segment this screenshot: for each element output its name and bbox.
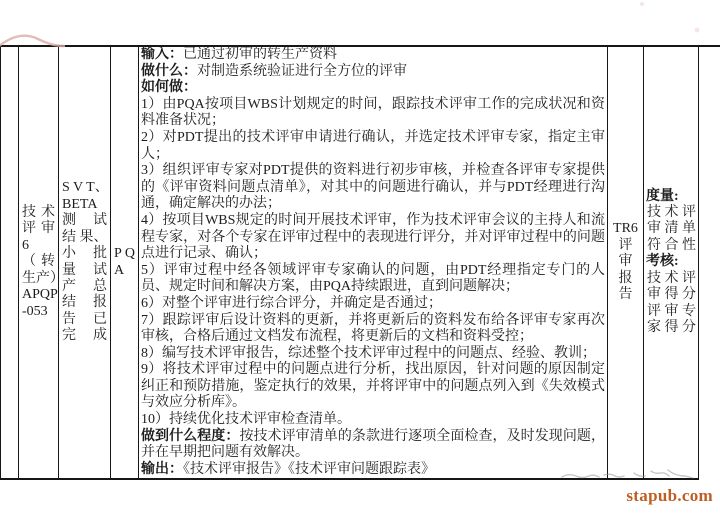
activity-paragraph: 10）持续优化技术评审检查清单。 (141, 412, 605, 429)
activity-paragraph: 7）跟踪评审后设计资料的更新，并将更新后的资料发布给各评审专家再次审核，合格后通… (141, 313, 605, 346)
paragraph-text: 10）持续优化技术评审检查清单。 (141, 412, 351, 427)
assessment-label: 考核: (644, 254, 698, 270)
activity-paragraph: 做到什么程度：按技术评审清单的条款进行逐项全面检查，及时发现问题，并在早期把问题… (141, 429, 605, 462)
activity-paragraph: 9）将技术评审过程中的问题点进行分析，找出原因，针对问题的原因制定纠正和预防措施… (141, 362, 605, 412)
activity-paragraph: 输入：已通过初审的转生产资料 (141, 47, 605, 64)
text-line: 技 术 评 (644, 271, 698, 287)
text-line: TR6 (608, 221, 643, 237)
ink-dot (640, 2, 644, 6)
paragraph-text: 4）按项目WBS规定的时间开展技术评审，作为技术评审会议的主持人和流程专家，对各… (141, 213, 605, 261)
activity-paragraph: 8）编写技术评审报告，综述整个技术评审过程中的问题点、经验、教训； (141, 346, 605, 363)
column-activity-details: 输入：已通过初审的转生产资料做什么：对制造系统验证进行全方位的评审如何做：1）由… (139, 46, 606, 479)
text-line: 产 总 (59, 279, 110, 295)
metric-label: 度量: (644, 189, 698, 205)
text-line: -053 (19, 304, 58, 320)
activity-paragraph: 6）对整个评审进行综合评分，并确定是否通过； (141, 296, 605, 313)
text-line: P Q (111, 246, 138, 262)
text-line: 评 审 专 (644, 304, 698, 320)
column-review-id: 技 术评 审6（转生产）APQP-053 (19, 47, 58, 478)
text-line: S V T、 (59, 180, 110, 196)
activity-paragraph: 3）组织评审专家对PDT提供的资料进行初步审核，并检查各评审专家提供的《评审资料… (141, 163, 605, 213)
activity-paragraph: 2）对PDT提出的技术评审申请进行确认，并选定技术评审专家，指定主审人； (141, 130, 605, 163)
activity-paragraph: 4）按项目WBS规定的时间开展技术评审，作为技术评审会议的主持人和流程专家，对各… (141, 213, 605, 263)
text-line: 测 试 (59, 213, 110, 229)
paragraph-lead-label: 如何做： (141, 80, 197, 95)
paragraph-text: 已通过初审的转生产资料 (183, 47, 337, 62)
text-line: 符 合 性 (644, 238, 698, 254)
text-line: 评 审 (19, 221, 58, 237)
column-entry-criteria: S V T、BETA测 试结 果、小 批量 试产 总结 报告 已完 成 (59, 47, 110, 478)
text-line: 告 (608, 287, 643, 303)
column-metrics: 度量: 技 术 评审 清 单符 合 性 考核: 技 术 评审 得 分评 审 专家… (644, 47, 698, 478)
paragraph-text: 对制造系统验证进行全方位的评审 (197, 64, 407, 79)
paragraph-lead-label: 做什么： (141, 64, 197, 79)
text-line: 生产） (19, 271, 58, 287)
text-line: BETA (59, 197, 110, 213)
paragraph-text: 《技术评审报告》《技术评审问题跟踪表》 (183, 462, 435, 477)
paragraph-lead-label: 做到什么程度： (141, 429, 239, 444)
paragraph-text: 2）对PDT提出的技术评审申请进行确认，并选定技术评审专家，指定主审人； (141, 130, 605, 162)
text-line: 小 批 (59, 246, 110, 262)
text-line: 审 (608, 254, 643, 270)
grid-line-v (698, 45, 699, 480)
text-line: APQP (19, 287, 58, 303)
document-page: 技 术评 审6（转生产）APQP-053 S V T、BETA测 试结 果、小 … (0, 0, 720, 521)
paragraph-text: 5）评审过程中经各领域评审专家确认的问题，由PDT经理指定专门的人员、规定时间和… (141, 263, 605, 295)
text-line: A (111, 263, 138, 279)
column-owner: P QA (111, 47, 138, 478)
paragraph-text: 3）组织评审专家对PDT提供的资料进行初步审核，并检查各评审专家提供的《评审资料… (141, 163, 605, 211)
paragraph-text: 9）将技术评审过程中的问题点进行分析，找出原因，针对问题的原因制定纠正和预防措施… (141, 362, 605, 410)
text-line: 量 试 (59, 263, 110, 279)
activity-paragraph: 如何做： (141, 80, 605, 97)
text-line: 6 (19, 238, 58, 254)
text-line: 告 已 (59, 312, 110, 328)
activity-paragraph: 5）评审过程中经各领域评审专家确认的问题，由PDT经理指定专门的人员、规定时间和… (141, 263, 605, 296)
paragraph-text: 8）编写技术评审报告，综述整个技术评审过程中的问题点、经验、教训； (141, 346, 596, 361)
text-line: 结 果、 (59, 230, 110, 246)
text-line: 审 清 单 (644, 221, 698, 237)
paragraph-lead-label: 输出： (141, 462, 183, 477)
text-line: 家 得 分 (644, 320, 698, 336)
text-line: 审 得 分 (644, 287, 698, 303)
text-line: 评 (608, 238, 643, 254)
text-line: 技 术 (19, 205, 58, 221)
grid-line-v (0, 45, 1, 480)
activity-paragraph: 1）由PQA按项目WBS计划规定的时间，跟踪技术评审工作的完成状况和资料准备状况… (141, 97, 605, 130)
paragraph-text: 7）跟踪评审后设计资料的更新，并将更新后的资料发布给各评审专家再次审核，合格后通… (141, 313, 605, 345)
column-output-doc: TR6评审报告 (608, 47, 643, 478)
watermark: stapub.com (626, 486, 713, 506)
text-line: （转 (19, 254, 58, 270)
text-line: 技 术 评 (644, 205, 698, 221)
paragraph-text: 1）由PQA按项目WBS计划规定的时间，跟踪技术评审工作的完成状况和资料准备状况… (141, 97, 605, 129)
ink-dot (695, 28, 700, 33)
activity-paragraph: 做什么：对制造系统验证进行全方位的评审 (141, 64, 605, 81)
text-line: 结 报 (59, 295, 110, 311)
paragraph-lead-label: 输入： (141, 47, 183, 62)
activity-paragraph: 输出：《技术评审报告》《技术评审问题跟踪表》 (141, 462, 605, 479)
text-line: 报 (608, 271, 643, 287)
paragraph-text: 6）对整个评审进行综合评分，并确定是否通过； (141, 296, 442, 311)
text-line: 完 成 (59, 328, 110, 344)
